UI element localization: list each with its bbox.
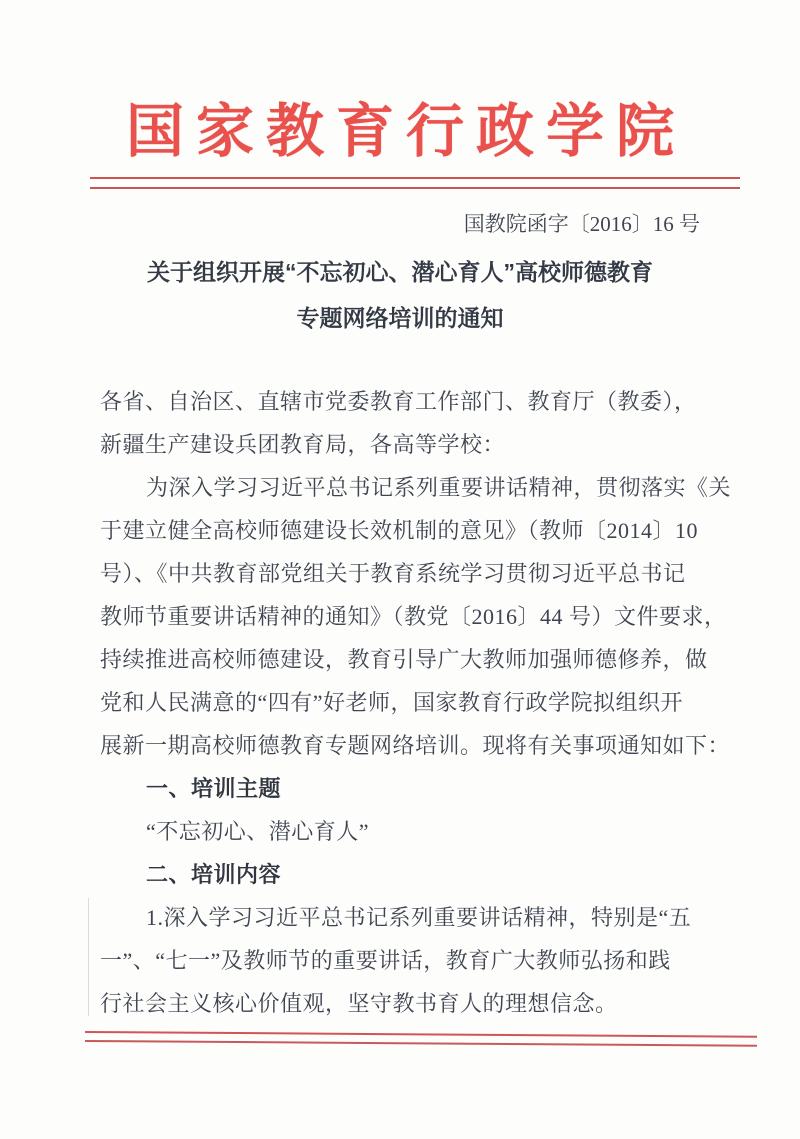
footer-double-rule xyxy=(85,1031,757,1047)
body-line: 展新一期高校师德教育专题网络培训。现将有关事项通知如下： xyxy=(100,724,704,767)
document-title-line1: 关于组织开展“不忘初心、潜心育人”高校师德教育 xyxy=(0,249,800,295)
body-line: 行社会主义核心价值观，坚守教书育人的理想信念。 xyxy=(100,982,704,1025)
document-number: 国教院函字〔2016〕16 号 xyxy=(0,211,700,237)
document-page: 国家教育行政学院 国教院函字〔2016〕16 号 关于组织开展“不忘初心、潜心育… xyxy=(0,0,800,1139)
body-line: 党和人民满意的“四有”好老师，国家教育行政学院拟组织开 xyxy=(100,681,704,724)
body-line: 号）、《中共教育部党组关于教育系统学习贯彻习近平总书记 xyxy=(100,552,704,595)
body-line: 各省、自治区、直辖市党委教育工作部门、教育厅（教委）， xyxy=(100,380,704,423)
body-line: 新疆生产建设兵团教育局，各高等学校： xyxy=(100,423,704,466)
body-line: 教师节重要讲话精神的通知》（教党〔2016〕44 号）文件要求， xyxy=(100,595,704,638)
body-line: 于建立健全高校师德建设长效机制的意见》（教师〔2014〕10 xyxy=(100,509,704,552)
body-line: “不忘初心、潜心育人” xyxy=(100,810,704,853)
section-heading-2: 二、培训内容 xyxy=(100,853,704,896)
body-line: 一”、“七一”及教师节的重要讲话，教育广大教师弘扬和践 xyxy=(100,939,704,982)
document-title-line2: 专题网络培训的通知 xyxy=(0,295,800,341)
letterhead-double-rule xyxy=(90,177,740,189)
letterhead-org-name: 国家教育行政学院 xyxy=(0,100,800,164)
scan-artifact-line xyxy=(88,898,89,1016)
body-line: 持续推进高校师德建设，教育引导广大教师加强师德修养，做 xyxy=(100,638,704,681)
document-body: 各省、自治区、直辖市党委教育工作部门、教育厅（教委）， 新疆生产建设兵团教育局，… xyxy=(100,380,704,1025)
document-title: 关于组织开展“不忘初心、潜心育人”高校师德教育 专题网络培训的通知 xyxy=(0,249,800,341)
body-line: 1.深入学习习近平总书记系列重要讲话精神，特别是“五 xyxy=(100,896,704,939)
body-line: 为深入学习习近平总书记系列重要讲话精神，贯彻落实《关 xyxy=(100,466,704,509)
section-heading-1: 一、培训主题 xyxy=(100,767,704,810)
